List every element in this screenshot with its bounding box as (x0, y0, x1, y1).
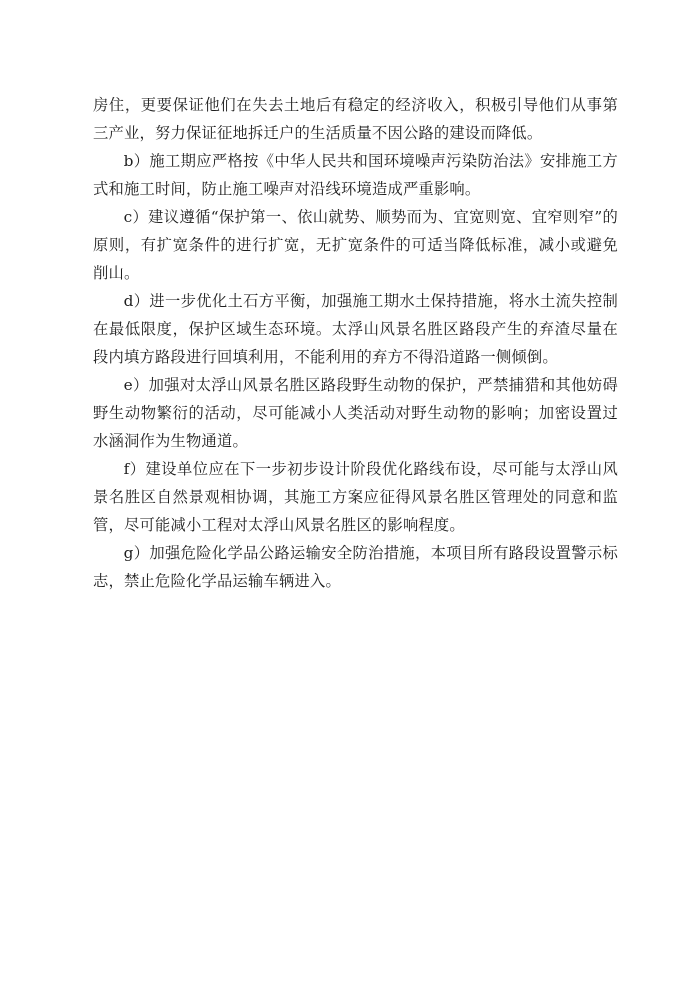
paragraph-c-widening-principle: c）建议遵循“保护第一、依山就势、顺势而为、宜宽则宽、宜窄则窄”的原则，有扩宽条… (93, 203, 618, 287)
paragraph-b-construction-noise: b）施工期应严格按《中华人民共和国环境噪声污染防治法》安排施工方式和施工时间，防… (93, 147, 618, 203)
paragraph-continuation: 房住，更要保证他们在失去土地后有稳定的经济收入，积极引导他们从事第三产业，努力保… (93, 91, 618, 147)
paragraph-g-hazmat-transport: g）加强危险化学品公路运输安全防治措施，本项目所有路段设置警示标志，禁止危险化学… (93, 539, 618, 595)
paragraph-e-wildlife-protection: e）加强对太浮山风景名胜区路段野生动物的保护，严禁捕猎和其他妨碍野生动物繁衍的活… (93, 371, 618, 455)
document-page: 房住，更要保证他们在失去土地后有稳定的经济收入，积极引导他们从事第三产业，努力保… (93, 91, 618, 595)
paragraph-d-earthwork-balance: d）进一步优化土石方平衡，加强施工期水土保持措施，将水土流失控制在最低限度，保护… (93, 287, 618, 371)
paragraph-f-route-optimization: f）建设单位应在下一步初步设计阶段优化路线布设，尽可能与太浮山风景名胜区自然景观… (93, 455, 618, 539)
